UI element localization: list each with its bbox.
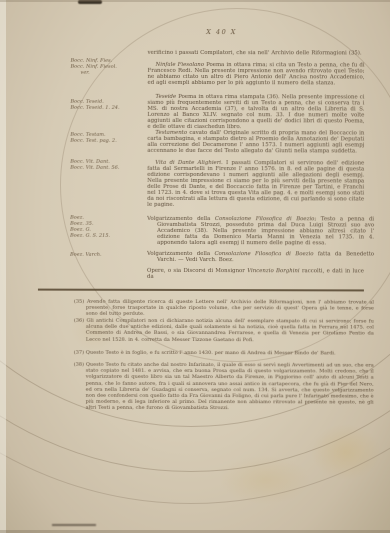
margin-note-line: Bocc. Vit. Dant. 56. [70, 166, 144, 172]
scanned-page: X 40 X Bocc. Ninf. Fies. Bocc. Ninf. Fie… [0, 0, 390, 533]
margin-note-line: Bocc. Test. pag. 2. [70, 139, 144, 145]
paragraph-boezio-varchi: Volgarizzamento della Consolazione Filos… [147, 251, 374, 267]
margin-note-line: Boez. G. S. 215. [70, 233, 144, 239]
margin-note-vita-dante: Bocc. Vit. Dant. Bocc. Vit. Dant. 56. [70, 160, 144, 172]
margin-note-testamento: Bocc. Testam. Bocc. Test. pag. 2. [70, 133, 144, 145]
paragraph-opere-borghini: Opere, o sia Discorsi di Monsignor Vince… [147, 268, 364, 283]
page-content: X 40 X Bocc. Ninf. Fies. Bocc. Ninf. Fie… [0, 0, 390, 533]
footnote-rule [38, 289, 364, 291]
margin-note-teseide: Bocc. Teseid. Bocc. Teseid. 1. 24. [70, 100, 144, 112]
margin-note-boezio-varchi: Boez. Varch. [70, 253, 144, 259]
footnote-36: (36) Gli antichi Compilatori non ci dich… [74, 318, 374, 351]
margin-note-line: ver. [70, 70, 144, 76]
paragraph-vita-di-dante: Vita di Dante Alighieri. I passati Compi… [147, 160, 364, 216]
margin-note-line: Bocc. Teseid. 1. 24. [70, 106, 144, 112]
footnote-35: (35) Avendo fatta diligente ricerca di q… [74, 299, 374, 319]
work-title: Vincenzio Borghini [247, 268, 299, 274]
paragraph-text: Opere, o sia Discorsi di Monsignor [147, 268, 247, 274]
paragraph-testamento: Testamento cavato dall' Originale scritt… [147, 130, 364, 161]
paragraph-teseide: Teseide Poema in ottava rima stampata (3… [147, 94, 364, 131]
paragraph-text: verificino i passati Compilatori, che si… [148, 50, 362, 57]
margin-note-boezio: Boez. Boez. 35. Boez. G. Boez. G. S. 215… [70, 216, 144, 240]
paragraph-ninfale-fiesolano: Ninfale Fiesolano Poema in ottava rima; … [147, 62, 364, 95]
page-number: X 40 X [187, 28, 257, 36]
paragraph-text: Poema in ottava rima stampata (36). Nell… [147, 94, 364, 130]
footnote-37: (37) Questo Testo è in foglio, e fu scri… [74, 350, 374, 363]
margin-note-line: Boez. Varch. [70, 253, 144, 259]
margin-note-ninfale: Bocc. Ninf. Fies. Bocc. Ninf. Fiesol. ve… [70, 59, 144, 77]
footnote-38: (38) Questo Testo fu citato anche dal no… [74, 362, 374, 429]
paragraph-boezio-strozzi: Volgarizzamento della Consolazione Filos… [147, 216, 374, 251]
paragraph-text: I passati Compilatori si servirono dell'… [147, 160, 364, 208]
